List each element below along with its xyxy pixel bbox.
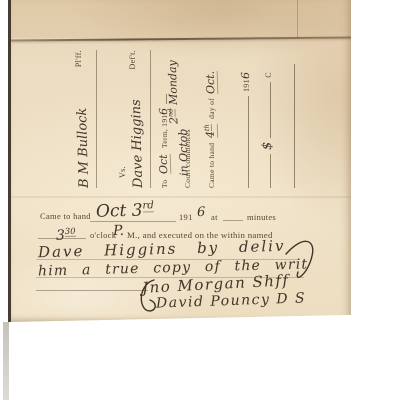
meridiem-handwritten: P. xyxy=(113,223,124,239)
year-digit-handwritten: 6 xyxy=(239,72,252,79)
versus-label: Vs. xyxy=(118,166,127,178)
scanned-document-page: B M Bullock Pl'ff. Vs. Dave Higgins Def'… xyxy=(0,0,400,400)
year-row: 1916 xyxy=(236,50,256,188)
docket-form-rotated: B M Bullock Pl'ff. Vs. Dave Higgins Def'… xyxy=(72,50,300,188)
defendant-label: Def't. xyxy=(128,50,137,69)
scanner-streak xyxy=(3,322,9,400)
blank-row xyxy=(282,50,298,188)
came-month-handwritten: Oct. xyxy=(204,71,219,94)
year-printed: 191 xyxy=(242,79,251,92)
plaintiff-row: B M Bullock Pl'ff. xyxy=(74,50,97,188)
dollar-sign-handwritten: $ xyxy=(260,142,275,151)
signature-line xyxy=(36,290,148,291)
blank-line xyxy=(237,96,249,188)
came-to-hand-label: Came to hand xyxy=(207,143,216,188)
amount-row: $ C xyxy=(258,50,278,188)
blank-line xyxy=(259,154,271,188)
defendant-name-handwritten: Dave Higgins xyxy=(129,99,146,188)
came-to-hand-row: Came to hand 4th day of Oct. xyxy=(201,50,221,188)
year-printed: 191 xyxy=(179,212,193,222)
blank-line xyxy=(223,220,243,221)
commences-day-handwritten: 2nd Monday xyxy=(165,60,180,124)
defendant-row: Dave Higgins Def't. xyxy=(128,50,151,188)
came-to-hand-printed: Came to hand xyxy=(40,211,91,221)
year-digit-handwritten: 6 xyxy=(197,205,206,220)
blank-line xyxy=(283,64,295,188)
versus-row: Vs. xyxy=(112,50,126,188)
plaintiff-label: Pl'ff. xyxy=(74,50,83,67)
at-label: at xyxy=(211,212,218,222)
came-day-handwritten: 4th xyxy=(203,124,218,138)
middle-fold-crease xyxy=(11,196,351,198)
commences-month-handwritten: in Octob xyxy=(176,128,190,176)
blank-line xyxy=(259,82,271,138)
court-commences-row: Court commences 2nd Monday in Octob xyxy=(170,50,198,188)
time-handwritten: 330 xyxy=(56,226,76,244)
fold-shading xyxy=(11,0,351,38)
day-of-label: day of xyxy=(207,98,216,119)
blank-line xyxy=(90,221,176,222)
minutes-label: minutes xyxy=(247,212,276,222)
cents-label: C xyxy=(264,72,273,78)
vertical-crease xyxy=(297,0,298,38)
plaintiff-name-handwritten: B M Bullock xyxy=(75,107,92,188)
date-handwritten: Oct 3rd xyxy=(96,200,154,222)
term-label-to: To xyxy=(160,180,169,188)
